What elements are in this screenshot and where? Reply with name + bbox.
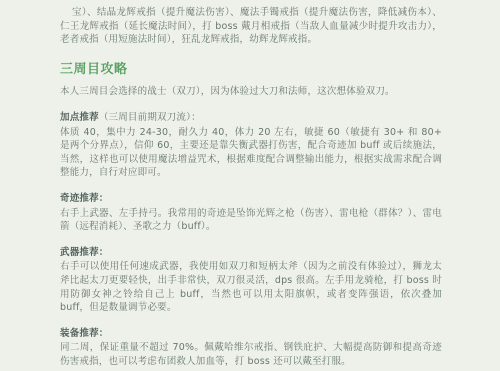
document-page: 宝）、结晶龙辉戒指（提升魔法伤害）、魔法手镯戒指（提升魔法伤害，降低减伤本）、仁… [60, 2, 442, 371]
subsection-stat-allocation-label: 加点推荐 [60, 112, 99, 123]
subsection-weapons-body: 右手可以使用任何速成武器，我使用如双刀和短柄太斧（因为之前没有体验过），狮龙太斧… [60, 260, 442, 314]
subsection-equipment-body: 同二周，保证重量不超过 70%。佩戴哈维尔戒指、钢铁庇护、大幅提高防御和提高奇迹… [60, 341, 442, 368]
subsection-stat-allocation: 加点推荐（三周目前期双刀流）： 体质 40，集中力 24-30，耐久力 40，体… [60, 111, 442, 180]
subsection-stat-allocation-body: 体质 40，集中力 24-30，耐久力 40，体力 20 左右，敏捷 60（敏捷… [60, 126, 442, 180]
subsection-miracles-body: 右手上武器、左手持弓。我常用的奇迹是坠饰光辉之枪（伤害）、雷电枪（群体？）、雷电… [60, 207, 442, 234]
subsection-weapons: 武器推荐： 右手可以使用任何速成武器，我使用如双刀和短柄太斧（因为之前没有体验过… [60, 246, 442, 315]
subsection-equipment: 装备推荐： 同二周，保证重量不超过 70%。佩戴哈维尔戒指、钢铁庇护、大幅提高防… [60, 327, 442, 369]
continuation-paragraph: 宝）、结晶龙辉戒指（提升魔法伤害）、魔法手镯戒指（提升魔法伤害，降低减伤本）、仁… [60, 6, 442, 47]
subsection-miracles-label: 奇迹推荐： [60, 193, 109, 204]
subsection-equipment-label: 装备推荐： [60, 328, 109, 339]
subsection-miracles: 奇迹推荐： 右手上武器、左手持弓。我常用的奇迹是坠饰光辉之枪（伤害）、雷电枪（群… [60, 192, 442, 234]
section-title: 三周目攻略 [60, 63, 442, 77]
subsection-stat-allocation-label-suffix: （三周目前期双刀流）： [99, 112, 201, 123]
subsection-weapons-label: 武器推荐： [60, 247, 109, 258]
intro-paragraph: 本人三周目会选择的战士（双刀），因为体验过大刀和法师，这次想体验双刀。 [60, 85, 442, 99]
